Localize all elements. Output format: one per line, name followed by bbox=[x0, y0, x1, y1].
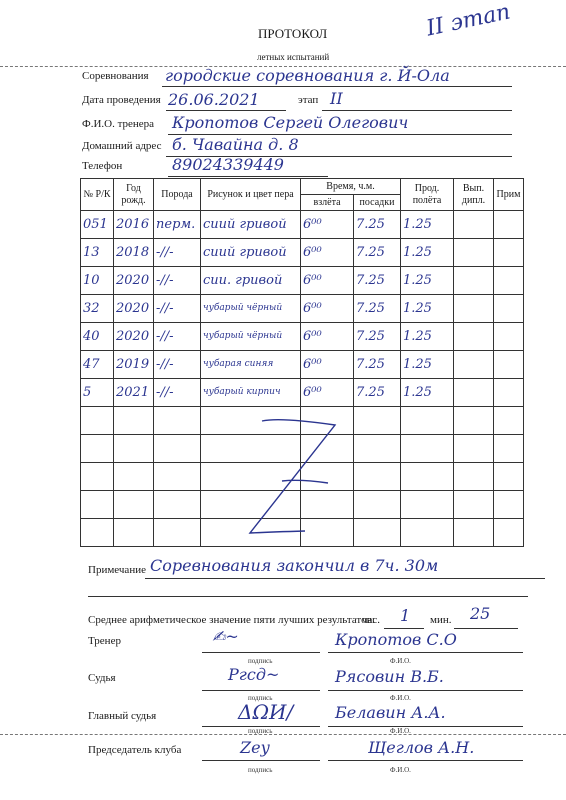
cell[interactable] bbox=[401, 519, 454, 547]
cell[interactable] bbox=[401, 463, 454, 491]
cell[interactable] bbox=[354, 491, 401, 519]
name-caption: Ф.И.О. bbox=[390, 727, 411, 735]
cell-breed[interactable]: -//- bbox=[154, 295, 201, 323]
cell[interactable] bbox=[354, 519, 401, 547]
cell-duration[interactable]: 1.25 bbox=[401, 267, 454, 295]
date-label: Дата проведения bbox=[82, 94, 161, 106]
cell[interactable] bbox=[154, 435, 201, 463]
table-row: 13 2018 -//- сиий гривой 6⁰⁰ 7.25 1.25 bbox=[81, 239, 524, 267]
z-strike-mark bbox=[240, 405, 360, 535]
cell-takeoff[interactable]: 6⁰⁰ bbox=[301, 239, 354, 267]
signature-line bbox=[202, 690, 320, 691]
cell-note[interactable] bbox=[494, 323, 524, 351]
competition-value[interactable]: городские соревнования г. Й-Ола bbox=[165, 66, 450, 85]
phone-label: Телефон bbox=[82, 160, 122, 172]
cell-diploma[interactable] bbox=[454, 211, 494, 239]
cell[interactable] bbox=[114, 407, 154, 435]
cell-takeoff[interactable]: 6⁰⁰ bbox=[301, 323, 354, 351]
cell-year[interactable]: 2020 bbox=[114, 323, 154, 351]
cell[interactable] bbox=[154, 407, 201, 435]
date-line bbox=[166, 110, 286, 111]
signature[interactable]: ΔΩИ/ bbox=[238, 700, 293, 724]
table-row: 47 2019 -//- чубарая синяя 6⁰⁰ 7.25 1.25 bbox=[81, 351, 524, 379]
table-row: 051 2016 перм. сиий гривой 6⁰⁰ 7.25 1.25 bbox=[81, 211, 524, 239]
cell-note[interactable] bbox=[494, 295, 524, 323]
divider bbox=[0, 734, 566, 735]
remark-label: Примечание bbox=[88, 564, 146, 576]
cell-num[interactable]: 47 bbox=[81, 351, 114, 379]
minutes-line bbox=[454, 628, 518, 629]
stage-value[interactable]: II bbox=[330, 89, 343, 108]
table-row: 10 2020 -//- сии. гривой 6⁰⁰ 7.25 1.25 bbox=[81, 267, 524, 295]
cell-takeoff[interactable]: 6⁰⁰ bbox=[301, 295, 354, 323]
name-value[interactable]: Кропотов С.О bbox=[335, 630, 457, 649]
signature-caption: подпись bbox=[248, 766, 272, 774]
cell-num[interactable]: 051 bbox=[81, 211, 114, 239]
coach-value[interactable]: Кропотов Сергей Олегович bbox=[172, 113, 408, 132]
cell-duration[interactable]: 1.25 bbox=[401, 295, 454, 323]
signature-caption: подпись bbox=[248, 657, 272, 665]
cell-num[interactable]: 13 bbox=[81, 239, 114, 267]
cell-landing[interactable]: 7.25 bbox=[354, 295, 401, 323]
cell-diploma[interactable] bbox=[454, 351, 494, 379]
cell-pattern[interactable]: чубарый чёрный bbox=[201, 323, 301, 351]
cell-takeoff[interactable]: 6⁰⁰ bbox=[301, 351, 354, 379]
cell-landing[interactable]: 7.25 bbox=[354, 323, 401, 351]
cell-pattern[interactable]: чубарый кирпич bbox=[201, 379, 301, 407]
address-value[interactable]: б. Чавайна д. 8 bbox=[172, 135, 299, 154]
cell-note[interactable] bbox=[494, 267, 524, 295]
date-value[interactable]: 26.06.2021 bbox=[168, 90, 260, 109]
remark-value[interactable]: Соревнования закончил в 7ч. 30м bbox=[150, 556, 438, 575]
stage-note: II этап bbox=[424, 0, 512, 42]
table-row: 32 2020 -//- чубарый чёрный 6⁰⁰ 7.25 1.2… bbox=[81, 295, 524, 323]
cell[interactable] bbox=[494, 491, 524, 519]
cell[interactable] bbox=[154, 491, 201, 519]
cell-duration[interactable]: 1.25 bbox=[401, 211, 454, 239]
cell-landing[interactable]: 7.25 bbox=[354, 211, 401, 239]
cell[interactable] bbox=[114, 519, 154, 547]
role-label: Председатель клуба bbox=[88, 744, 181, 756]
header-takeoff: взлёта bbox=[301, 195, 354, 211]
header-year: Год рожд. bbox=[114, 179, 154, 211]
table-row: 5 2021 -//- чубарый кирпич 6⁰⁰ 7.25 1.25 bbox=[81, 379, 524, 407]
name-caption: Ф.И.О. bbox=[390, 657, 411, 665]
cell[interactable] bbox=[401, 491, 454, 519]
header-landing: посадки bbox=[354, 195, 401, 211]
cell[interactable] bbox=[454, 463, 494, 491]
cell-num[interactable]: 5 bbox=[81, 379, 114, 407]
cell[interactable] bbox=[354, 463, 401, 491]
hours-label: час. bbox=[362, 614, 380, 626]
cell-note[interactable] bbox=[494, 211, 524, 239]
cell[interactable] bbox=[154, 519, 201, 547]
cell-breed[interactable]: -//- bbox=[154, 323, 201, 351]
header-note: Прим bbox=[494, 179, 524, 211]
cell-diploma[interactable] bbox=[454, 323, 494, 351]
cell-year[interactable]: 2018 bbox=[114, 239, 154, 267]
cell-takeoff[interactable]: 6⁰⁰ bbox=[301, 267, 354, 295]
competition-line bbox=[162, 86, 512, 87]
cell-diploma[interactable] bbox=[454, 295, 494, 323]
cell[interactable] bbox=[454, 519, 494, 547]
role-label: Судья bbox=[88, 672, 116, 684]
cell[interactable] bbox=[354, 435, 401, 463]
header-num: № Р/К bbox=[81, 179, 114, 211]
cell-year[interactable]: 2016 bbox=[114, 211, 154, 239]
cell-note[interactable] bbox=[494, 239, 524, 267]
name-value[interactable]: Рясовин В.Б. bbox=[335, 667, 444, 686]
header-diploma: Вып. дипл. bbox=[454, 179, 494, 211]
stage-line bbox=[322, 110, 512, 111]
cell[interactable] bbox=[354, 407, 401, 435]
header-duration: Прод. полёта bbox=[401, 179, 454, 211]
signature[interactable]: Zey bbox=[240, 738, 270, 757]
name-caption: Ф.И.О. bbox=[390, 766, 411, 774]
cell-num[interactable]: 10 bbox=[81, 267, 114, 295]
cell-diploma[interactable] bbox=[454, 379, 494, 407]
stage-label: этап bbox=[298, 94, 318, 106]
cell-year[interactable]: 2020 bbox=[114, 267, 154, 295]
cell-breed[interactable]: -//- bbox=[154, 267, 201, 295]
hours-value[interactable]: 1 bbox=[400, 606, 410, 625]
signature-line bbox=[202, 652, 320, 653]
role-label: Главный судья bbox=[88, 710, 156, 722]
cell[interactable] bbox=[494, 463, 524, 491]
signature-line bbox=[202, 760, 320, 761]
cell-breed[interactable]: перм. bbox=[154, 211, 201, 239]
coach-label: Ф.И.О. тренера bbox=[82, 118, 154, 130]
name-value[interactable]: Белавин А.А. bbox=[335, 703, 446, 722]
signature[interactable]: ✍︎~ bbox=[212, 627, 239, 646]
cell-pattern[interactable]: сиий гривой bbox=[201, 211, 301, 239]
cell-num[interactable]: 40 bbox=[81, 323, 114, 351]
header-breed: Порода bbox=[154, 179, 201, 211]
cell[interactable] bbox=[494, 407, 524, 435]
header-pattern: Рисунок и цвет пера bbox=[201, 179, 301, 211]
remark-line-2 bbox=[88, 596, 528, 597]
cell[interactable] bbox=[154, 463, 201, 491]
remark-line bbox=[145, 578, 545, 579]
name-line bbox=[328, 760, 523, 761]
name-line bbox=[328, 652, 523, 653]
cell[interactable] bbox=[81, 407, 114, 435]
cell-diploma[interactable] bbox=[454, 239, 494, 267]
cell[interactable] bbox=[114, 435, 154, 463]
cell-landing[interactable]: 7.25 bbox=[354, 379, 401, 407]
cell[interactable] bbox=[454, 491, 494, 519]
name-caption: Ф.И.О. bbox=[390, 694, 411, 702]
cell-landing[interactable]: 7.25 bbox=[354, 239, 401, 267]
minutes-label: мин. bbox=[430, 614, 451, 626]
cell[interactable] bbox=[114, 491, 154, 519]
name-line bbox=[328, 726, 523, 727]
cell-duration[interactable]: 1.25 bbox=[401, 351, 454, 379]
cell-pattern[interactable]: чубарый чёрный bbox=[201, 295, 301, 323]
minutes-value[interactable]: 25 bbox=[470, 604, 490, 623]
name-value[interactable]: Щеглов А.Н. bbox=[368, 738, 474, 757]
table-row: 40 2020 -//- чубарый чёрный 6⁰⁰ 7.25 1.2… bbox=[81, 323, 524, 351]
cell-diploma[interactable] bbox=[454, 267, 494, 295]
cell-note[interactable] bbox=[494, 351, 524, 379]
cell-pattern[interactable]: чубарая синяя bbox=[201, 351, 301, 379]
cell-note[interactable] bbox=[494, 379, 524, 407]
signature[interactable]: Ргсд~ bbox=[228, 665, 279, 684]
cell-breed[interactable]: -//- bbox=[154, 239, 201, 267]
role-label: Тренер bbox=[88, 635, 121, 647]
cell[interactable] bbox=[401, 435, 454, 463]
cell[interactable] bbox=[114, 463, 154, 491]
cell-pattern[interactable]: сии. гривой bbox=[201, 267, 301, 295]
signature-caption: подпись bbox=[248, 727, 272, 735]
cell[interactable] bbox=[454, 435, 494, 463]
phone-value[interactable]: 89024339449 bbox=[172, 155, 284, 174]
document-subtitle: летных испытаний bbox=[257, 52, 329, 62]
cell-year[interactable]: 2021 bbox=[114, 379, 154, 407]
phone-line bbox=[168, 176, 328, 177]
cell[interactable] bbox=[401, 407, 454, 435]
cell[interactable] bbox=[81, 519, 114, 547]
address-label: Домашний адрес bbox=[82, 140, 161, 152]
cell-year[interactable]: 2019 bbox=[114, 351, 154, 379]
cell-breed[interactable]: -//- bbox=[154, 351, 201, 379]
cell[interactable] bbox=[494, 435, 524, 463]
competition-label: Соревнования bbox=[82, 70, 149, 82]
cell[interactable] bbox=[81, 435, 114, 463]
cell[interactable] bbox=[454, 407, 494, 435]
cell[interactable] bbox=[81, 491, 114, 519]
cell[interactable] bbox=[494, 519, 524, 547]
cell-duration[interactable]: 1.25 bbox=[401, 239, 454, 267]
cell-breed[interactable]: -//- bbox=[154, 379, 201, 407]
cell-duration[interactable]: 1.25 bbox=[401, 379, 454, 407]
cell-num[interactable]: 32 bbox=[81, 295, 114, 323]
cell-pattern[interactable]: сиий гривой bbox=[201, 239, 301, 267]
cell-landing[interactable]: 7.25 bbox=[354, 351, 401, 379]
average-label: Среднее арифметическое значение пяти луч… bbox=[88, 614, 375, 626]
cell-landing[interactable]: 7.25 bbox=[354, 267, 401, 295]
cell-year[interactable]: 2020 bbox=[114, 295, 154, 323]
document-title: ПРОТОКОЛ bbox=[258, 26, 327, 42]
cell-takeoff[interactable]: 6⁰⁰ bbox=[301, 211, 354, 239]
hours-line bbox=[384, 628, 424, 629]
cell-takeoff[interactable]: 6⁰⁰ bbox=[301, 379, 354, 407]
cell-duration[interactable]: 1.25 bbox=[401, 323, 454, 351]
name-line bbox=[328, 690, 523, 691]
cell[interactable] bbox=[81, 463, 114, 491]
header-time: Время, ч.м. bbox=[301, 179, 401, 195]
